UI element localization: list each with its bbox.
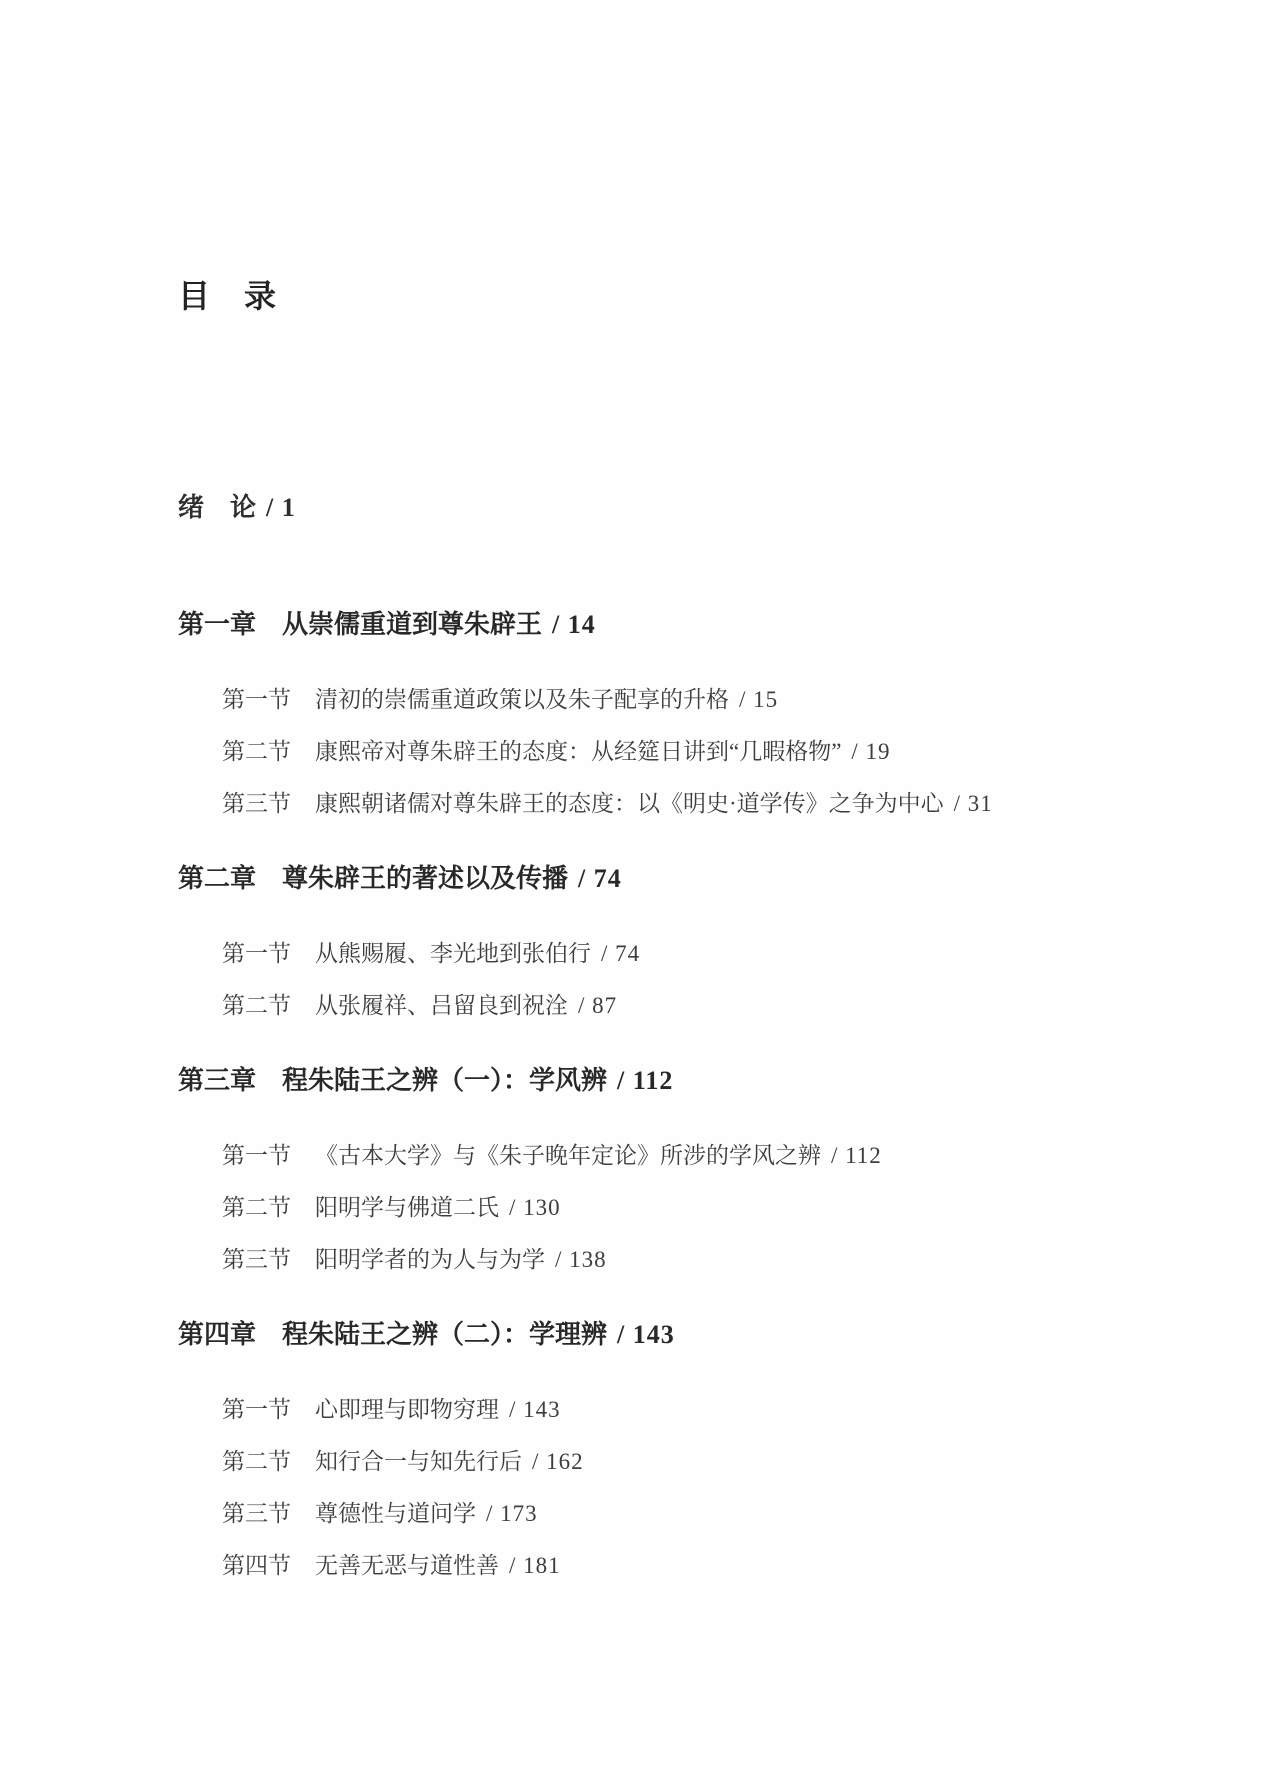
- section-number: 第一节: [222, 938, 291, 970]
- chapter-number: 第一章: [178, 608, 256, 642]
- toc-section-entry: 第四节 无善无恶与道性善 / 181: [222, 1550, 1180, 1582]
- chapter-number: 第四章: [178, 1318, 256, 1352]
- chapter-number: 第二章: [178, 862, 256, 896]
- section-title: 从张履祥、吕留良到祝洤: [315, 990, 568, 1022]
- section-number: 第二节: [222, 736, 291, 768]
- toc-section-entry: 第一节 清初的崇儒重道政策以及朱子配享的升格 / 15: [222, 684, 1180, 716]
- toc-chapter-entry: 第二章 尊朱辟王的著述以及传播 / 74: [178, 862, 1180, 896]
- toc-section-entry: 第三节 尊德性与道问学 / 173: [222, 1498, 1180, 1530]
- section-title: 《古本大学》与《朱子晚年定论》所涉的学风之辨: [315, 1140, 821, 1172]
- toc-chapter-entry: 第三章 程朱陆王之辨（一）：学风辨 / 112: [178, 1064, 1180, 1098]
- chapter-title: 从崇儒重道到尊朱辟王: [282, 608, 542, 642]
- chapter-title: 程朱陆王之辨（二）：学理辨: [282, 1318, 607, 1352]
- chapter-page-ref: / 74: [578, 862, 622, 896]
- toc-chapter-entry: 第四章 程朱陆王之辨（二）：学理辨 / 143: [178, 1318, 1180, 1352]
- section-number: 第三节: [222, 788, 291, 820]
- chapter-page-ref: / 14: [552, 608, 596, 642]
- toc-section-entry: 第三节 康熙朝诸儒对尊朱辟王的态度：以《明史·道学传》之争为中心 / 31: [222, 788, 1180, 820]
- intro-page-ref: / 1: [266, 492, 296, 524]
- section-title: 尊德性与道问学: [315, 1498, 476, 1530]
- section-title: 清初的崇儒重道政策以及朱子配享的升格: [315, 684, 729, 716]
- toc-chapter-block: 第一章 从崇儒重道到尊朱辟王 / 14 第一节 清初的崇儒重道政策以及朱子配享的…: [178, 608, 1180, 820]
- section-title: 心即理与即物穷理: [315, 1394, 499, 1426]
- chapter-title: 程朱陆王之辨（一）：学风辨: [282, 1064, 607, 1098]
- toc-chapter-entry: 第一章 从崇儒重道到尊朱辟王 / 14: [178, 608, 1180, 642]
- toc-page: 目 录 绪 论 / 1 第一章 从崇儒重道到尊朱辟王 / 14 第一节 清初的崇…: [0, 0, 1280, 1789]
- toc-section-entry: 第二节 康熙帝对尊朱辟王的态度：从经筵日讲到“几暇格物” / 19: [222, 736, 1180, 768]
- toc-section-entry: 第一节 《古本大学》与《朱子晚年定论》所涉的学风之辨 / 112: [222, 1140, 1180, 1172]
- section-title: 阳明学与佛道二氏: [315, 1192, 499, 1224]
- section-number: 第三节: [222, 1244, 291, 1276]
- toc-chapter-block: 第二章 尊朱辟王的著述以及传播 / 74 第一节 从熊赐履、李光地到张伯行 / …: [178, 862, 1180, 1022]
- section-page-ref: / 87: [578, 990, 617, 1022]
- section-number: 第四节: [222, 1550, 291, 1582]
- section-number: 第二节: [222, 1192, 291, 1224]
- toc-section-entry: 第二节 知行合一与知先行后 / 162: [222, 1446, 1180, 1478]
- section-page-ref: / 19: [851, 736, 890, 768]
- toc-chapter-block: 第三章 程朱陆王之辨（一）：学风辨 / 112 第一节 《古本大学》与《朱子晚年…: [178, 1064, 1180, 1276]
- section-page-ref: / 130: [509, 1192, 561, 1224]
- chapter-title: 尊朱辟王的著述以及传播: [282, 862, 568, 896]
- toc-chapter-block: 第四章 程朱陆王之辨（二）：学理辨 / 143 第一节 心即理与即物穷理 / 1…: [178, 1318, 1180, 1582]
- toc-section-entry: 第一节 从熊赐履、李光地到张伯行 / 74: [222, 938, 1180, 970]
- section-number: 第三节: [222, 1498, 291, 1530]
- section-page-ref: / 143: [509, 1394, 561, 1426]
- toc-section-entry: 第二节 阳明学与佛道二氏 / 130: [222, 1192, 1180, 1224]
- chapter-number: 第三章: [178, 1064, 256, 1098]
- section-number: 第二节: [222, 990, 291, 1022]
- chapter-page-ref: / 112: [617, 1064, 673, 1098]
- section-page-ref: / 74: [601, 938, 640, 970]
- section-title: 从熊赐履、李光地到张伯行: [315, 938, 591, 970]
- page-title: 目 录: [178, 278, 1180, 314]
- section-page-ref: / 31: [954, 788, 993, 820]
- section-title: 康熙朝诸儒对尊朱辟王的态度：以《明史·道学传》之争为中心: [315, 788, 944, 820]
- toc-intro-entry: 绪 论 / 1: [178, 492, 1180, 524]
- toc-section-entry: 第一节 心即理与即物穷理 / 143: [222, 1394, 1180, 1426]
- section-page-ref: / 15: [739, 684, 778, 716]
- intro-label: 绪 论: [178, 492, 256, 524]
- section-number: 第二节: [222, 1446, 291, 1478]
- section-number: 第一节: [222, 1140, 291, 1172]
- section-title: 知行合一与知先行后: [315, 1446, 522, 1478]
- toc-chapter-list: 第一章 从崇儒重道到尊朱辟王 / 14 第一节 清初的崇儒重道政策以及朱子配享的…: [178, 608, 1180, 1582]
- section-page-ref: / 181: [509, 1550, 561, 1582]
- section-title: 无善无恶与道性善: [315, 1550, 499, 1582]
- chapter-page-ref: / 143: [617, 1318, 675, 1352]
- toc-section-entry: 第三节 阳明学者的为人与为学 / 138: [222, 1244, 1180, 1276]
- toc-section-entry: 第二节 从张履祥、吕留良到祝洤 / 87: [222, 990, 1180, 1022]
- section-page-ref: / 112: [831, 1140, 882, 1172]
- section-title: 康熙帝对尊朱辟王的态度：从经筵日讲到“几暇格物”: [315, 736, 841, 768]
- section-page-ref: / 138: [555, 1244, 607, 1276]
- section-page-ref: / 162: [532, 1446, 584, 1478]
- section-number: 第一节: [222, 684, 291, 716]
- section-title: 阳明学者的为人与为学: [315, 1244, 545, 1276]
- section-number: 第一节: [222, 1394, 291, 1426]
- section-page-ref: / 173: [486, 1498, 538, 1530]
